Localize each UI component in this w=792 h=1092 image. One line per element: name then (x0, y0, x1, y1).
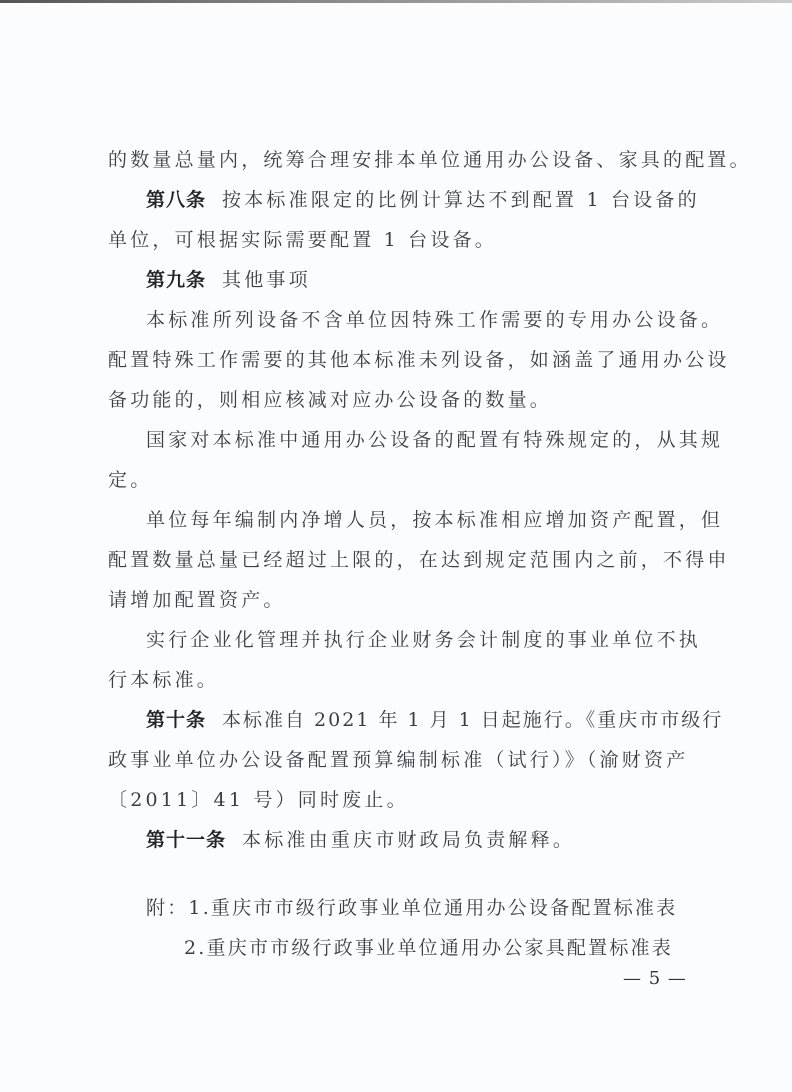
paragraph-line: 配置数量总量已经超过上限的，在达到规定范围内之前，不得申 (108, 548, 688, 572)
article-text: 本标准由重庆市财政局负责解释。 (242, 829, 575, 851)
article-heading: 第十一条 (146, 829, 226, 851)
article-text: 其他事项 (222, 269, 311, 291)
paragraph-line: 政事业单位办公设备配置预算编制标准（试行）》（渝财资产 (108, 748, 688, 772)
article-11: 第十一条本标准由重庆市财政局负责解释。 (108, 828, 726, 852)
scan-top-edge (0, 0, 792, 3)
article-text: 按本标准限定的比例计算达不到配置 1 台设备的 (222, 189, 700, 211)
article-text: 本标准自 2021 年 1 月 1 日起施行。《重庆市市级行 (222, 709, 723, 731)
article-8: 第八条按本标准限定的比例计算达不到配置 1 台设备的 (108, 188, 726, 212)
paragraph-line: 行本标准。 (108, 668, 688, 692)
paragraph-line: 本标准所列设备不含单位因特殊工作需要的专用办公设备。 (108, 308, 726, 332)
attachment-line-2: 2.重庆市市级行政事业单位通用办公家具配置标准表 (108, 936, 764, 960)
paragraph-line: 备功能的，则相应核减对应办公设备的数量。 (108, 388, 688, 412)
page-number: — 5 — (623, 968, 687, 989)
article-heading: 第八条 (146, 189, 206, 211)
paragraph-line: 请增加配置资产。 (108, 588, 688, 612)
article-10: 第十条本标准自 2021 年 1 月 1 日起施行。《重庆市市级行 (108, 708, 726, 732)
paragraph-line: 的数量总量内，统筹合理安排本单位通用办公设备、家具的配置。 (108, 148, 688, 172)
paragraph-line: 定。 (108, 468, 688, 492)
article-heading: 第九条 (146, 269, 206, 291)
attachment-line-1: 附：1.重庆市市级行政事业单位通用办公设备配置标准表 (108, 896, 726, 920)
article-9: 第九条其他事项 (108, 268, 726, 292)
paragraph-line: 实行企业化管理并执行企业财务会计制度的事业单位不执 (108, 628, 726, 652)
article-heading: 第十条 (146, 709, 206, 731)
paragraph-line: 国家对本标准中通用办公设备的配置有特殊规定的，从其规 (108, 428, 726, 452)
paragraph-line: 配置特殊工作需要的其他本标准未列设备，如涵盖了通用办公设 (108, 348, 688, 372)
paragraph-line: 〔2011〕41 号）同时废止。 (108, 788, 688, 812)
paragraph-line: 单位，可根据实际需要配置 1 台设备。 (108, 228, 688, 252)
paragraph-line: 单位每年编制内净增人员，按本标准相应增加资产配置，但 (108, 508, 726, 532)
